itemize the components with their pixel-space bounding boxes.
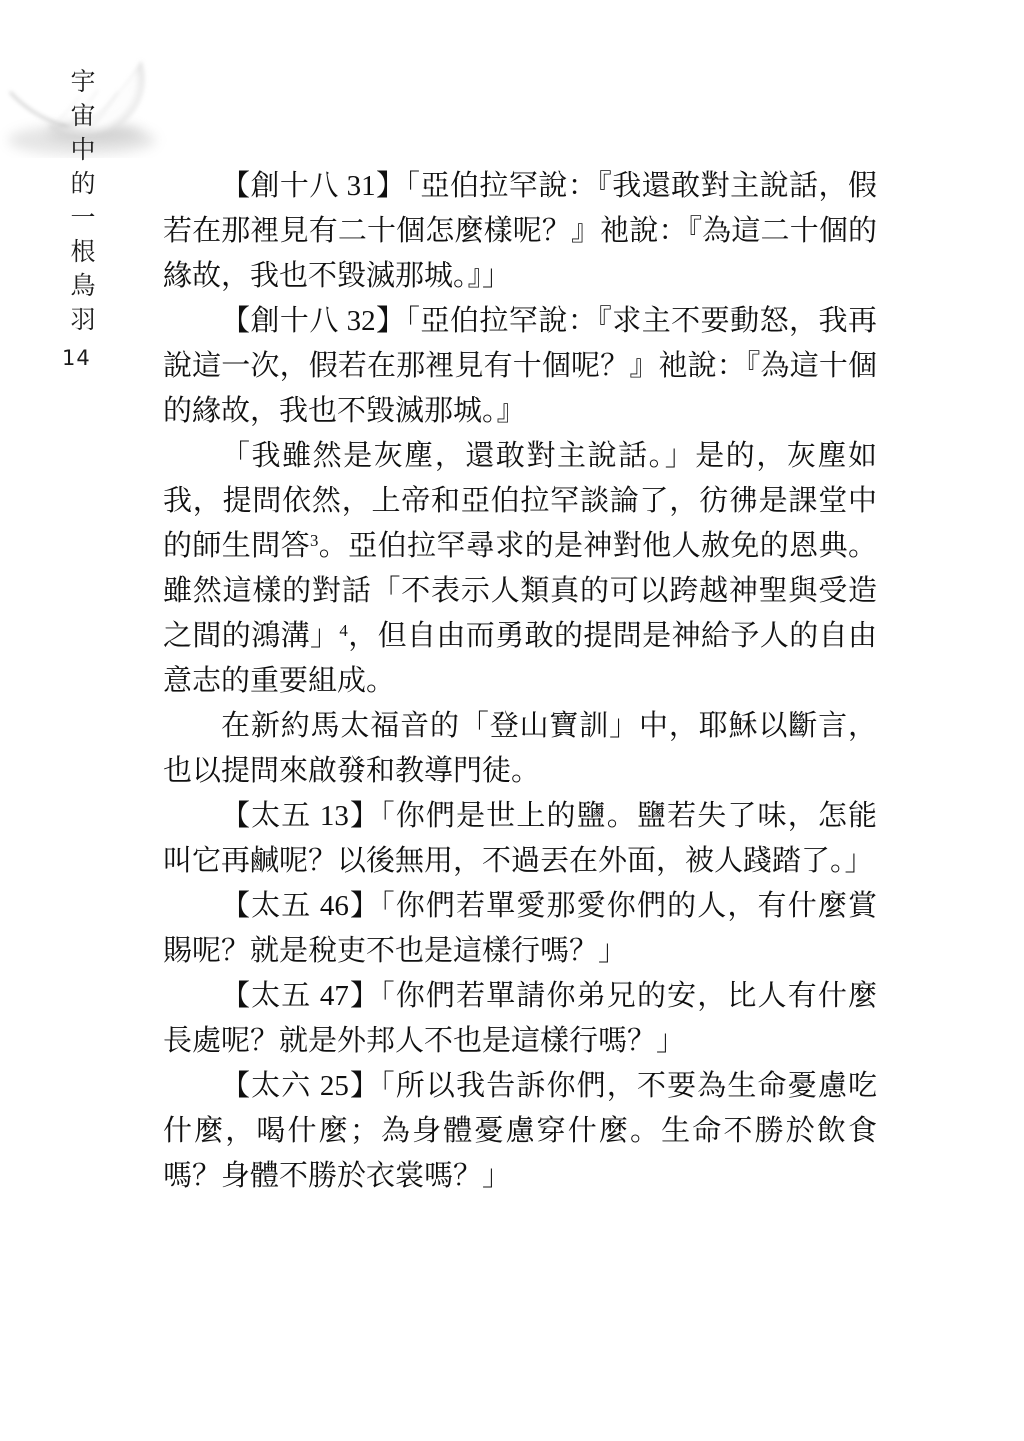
page-number: 14 xyxy=(62,346,91,370)
paragraph: 【太六 25】「所以我告訴你們，不要為生命憂慮吃什麼，喝什麼；為身體憂慮穿什麼。… xyxy=(163,1064,877,1199)
paragraph-text: 【創十八 31】「亞伯拉罕說：『我還敢對主說話，假若在那裡見有二十個怎麼樣呢？』… xyxy=(163,170,877,292)
paragraph-text: 【太五 47】「你們若單請你弟兄的安，比人有什麼長處呢？就是外邦人不也是這樣行嗎… xyxy=(163,980,877,1057)
paragraph: 「我雖然是灰塵，還敢對主說話。」是的，灰塵如我，提問依然，上帝和亞伯拉罕談論了，… xyxy=(163,434,877,704)
paragraph: 【太五 46】「你們若單愛那愛你們的人，有什麼賞賜呢？就是稅吏不也是這樣行嗎？」 xyxy=(163,884,877,974)
paragraph-text: 【創十八 32】「亞伯拉罕說：『求主不要動怒，我再說這一次，假若在那裡見有十個呢… xyxy=(163,305,877,427)
footnote-reference: 4 xyxy=(339,621,347,640)
paragraph-text: 【太五 13】「你們是世上的鹽。鹽若失了味，怎能叫它再鹹呢？以後無用，不過丟在外… xyxy=(163,800,877,877)
paragraph-text: 在新約馬太福音的「登山寶訓」中，耶穌以斷言，也以提問來啟發和教導門徒。 xyxy=(163,710,877,787)
paragraph-text: 【太六 25】「所以我告訴你們，不要為生命憂慮吃什麼，喝什麼；為身體憂慮穿什麼。… xyxy=(163,1070,877,1192)
paragraph: 【太五 13】「你們是世上的鹽。鹽若失了味，怎能叫它再鹹呢？以後無用，不過丟在外… xyxy=(163,794,877,884)
paragraph: 【創十八 32】「亞伯拉罕說：『求主不要動怒，我再說這一次，假若在那裡見有十個呢… xyxy=(163,299,877,434)
paragraph-text: 【太五 46】「你們若單愛那愛你們的人，有什麼賞賜呢？就是稅吏不也是這樣行嗎？」 xyxy=(163,890,877,967)
book-title-vertical: 宇宙中的一根鳥羽 xyxy=(62,68,98,340)
book-page: 宇宙中的一根鳥羽 14 【創十八 31】「亞伯拉罕說：『我還敢對主說話，假若在那… xyxy=(0,0,1024,1441)
body-text: 【創十八 31】「亞伯拉罕說：『我還敢對主說話，假若在那裡見有二十個怎麼樣呢？』… xyxy=(163,164,877,1199)
paragraph: 在新約馬太福音的「登山寶訓」中，耶穌以斷言，也以提問來啟發和教導門徒。 xyxy=(163,704,877,794)
paragraph: 【創十八 31】「亞伯拉罕說：『我還敢對主說話，假若在那裡見有二十個怎麼樣呢？』… xyxy=(163,164,877,299)
paragraph: 【太五 47】「你們若單請你弟兄的安，比人有什麼長處呢？就是外邦人不也是這樣行嗎… xyxy=(163,974,877,1064)
